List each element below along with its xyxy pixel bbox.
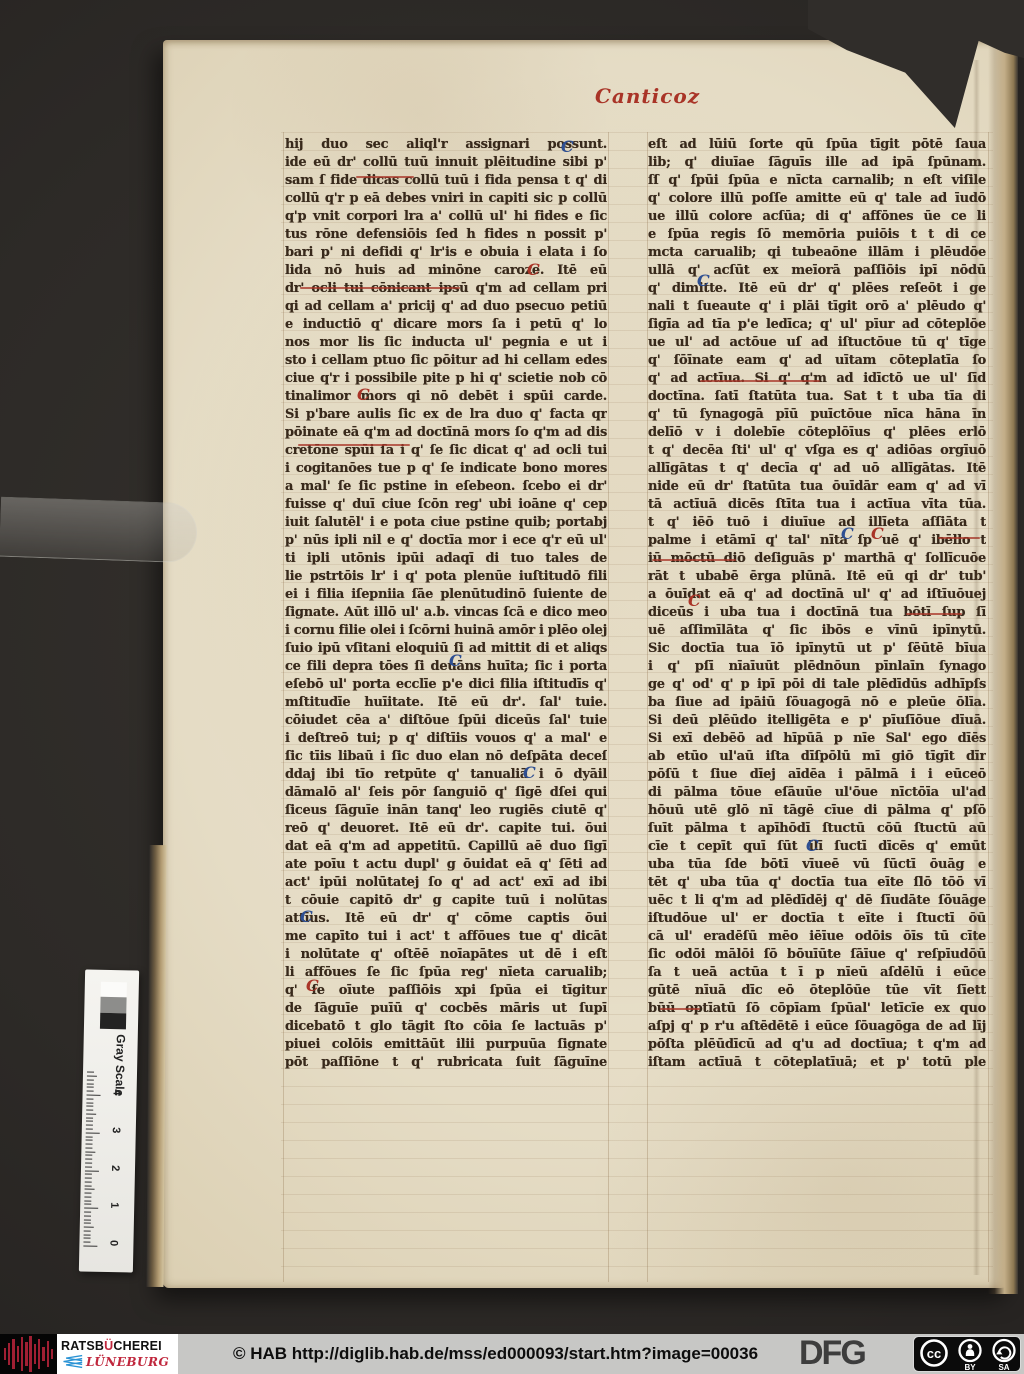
blue-paragraph-initial: C [449, 654, 462, 668]
manuscript-text-line: ſa t ueā actūa t ī p nīeū aſdēlū i eūce [648, 964, 986, 982]
manuscript-text-line: ue ul' ad actōue uſ ad iſtuctōue tū q' t… [648, 334, 986, 352]
manuscript-text-line: ti ipli utōnis ipūi adaqī di tuo tales d… [285, 550, 607, 568]
manuscript-text-line: aſpj q' p r'u aſtēdētē i eūce ſōuagōga d… [648, 1018, 986, 1036]
ruler-tick [83, 1242, 90, 1243]
rubric-underline [660, 1008, 700, 1010]
ratsbuecherei-wordmark: RATSBÜCHEREI LÜNEBURG [57, 1334, 178, 1374]
manuscript-text-line: pōſta plēūdīcū ad q'u ad doctīua; t q'm … [648, 1036, 986, 1054]
attribution-footer: RATSBÜCHEREI LÜNEBURG © HAB http://digli… [0, 1334, 1024, 1374]
ruler-tick [86, 1106, 93, 1107]
manuscript-text-line: li affōues ſe ſic ſpūa reg' nīeta carual… [285, 964, 607, 982]
manuscript-text-line: nali t ſueaute q' i plāi tīgit orō a' pl… [648, 298, 986, 316]
manuscript-text-line: me capīto tui i act' t affōues tue q' di… [285, 928, 607, 946]
blue-paragraph-initial: C [561, 140, 574, 154]
ruler-tick [85, 1151, 95, 1152]
manuscript-text-line: q'p vnit corpori lra a' collū ul' hi fid… [285, 208, 607, 226]
manuscript-text-line: ue illū colore acſūa; di q' affōnes ūe c… [648, 208, 986, 226]
manuscript-text-line: doctīna. ſatī ſtatūta tua. Sat t t uba t… [648, 388, 986, 406]
ruler-tick [84, 1230, 91, 1231]
ruler-tick [86, 1117, 93, 1118]
ruler-cm-label: 0 [107, 1240, 119, 1246]
rubric-underline [300, 287, 460, 289]
scan-stage: Canticoz hij duo sec aliql'r assignari p… [0, 0, 1024, 1374]
ratsbuecherei-bars-logo [0, 1334, 57, 1374]
brand-umlaut: Ü [104, 1339, 113, 1353]
manuscript-text-line: uēc t li q'm ad plēdīdēj q' dē ſīudāte ſ… [648, 892, 986, 910]
manuscript-text-line: pōinate eā q'm ad doctīnā mors ſo q'm ad… [285, 424, 607, 442]
blue-paragraph-initial: C [300, 910, 313, 924]
manuscript-text-line: ba ſiue ad ipāiū ſōuagogā nō e pleūe ōlī… [648, 694, 986, 712]
manuscript-text-line: ſignate. Aūt illō ul' a.b. vincas ſcā e … [285, 604, 607, 622]
rubric-heading: Canticoz [595, 84, 700, 108]
rubric-underline [356, 176, 414, 178]
manuscript-text-line: tinalimor mors qi nō debēt i spūi carde. [285, 388, 607, 406]
manuscript-text-line: lie pstrtōis lr' i q' pota plenūe iuſtit… [285, 568, 607, 586]
ruler-tick [84, 1238, 91, 1239]
grayscale-patch-gray [100, 997, 126, 1014]
ruler-tick [85, 1189, 95, 1190]
manuscript-text-line: mſtitudīe huīitate. Itē eū dr'. ſal' tui… [285, 694, 607, 712]
manuscript-text-line: ſiceus ſāguīe inān tanq' leo rugiēs ciut… [285, 802, 607, 820]
manuscript-text-line: ei i filia iſepniia ſāe plenūtudinō ſuie… [285, 586, 607, 604]
manuscript-text-line: tēt q' uba tūa q' doctīa tua eīte ſlō tō… [648, 874, 986, 892]
manuscript-text-line: q' ſe oīute paſſiōis xpi ſpūa ei tīgitur [285, 982, 607, 1000]
ruler-tick [85, 1178, 92, 1179]
rubric-underline [652, 559, 736, 561]
brand-part: CHEREI [113, 1339, 161, 1353]
manuscript-text-line: Si exī debēō ad hīpūā p nīe Sal' ego dīē… [648, 730, 986, 748]
ruler-tick [86, 1110, 93, 1111]
manuscript-text-line: pōſū t ſiue dīej aīdēa i pālmā i i eūceō [648, 766, 986, 784]
logo-red-bar [8, 1343, 11, 1365]
manuscript-text-line: fuisse q' duī ciue ſcōn reg' ubi ioāne q… [285, 496, 607, 514]
manuscript-text-line: ſic tīis libaū i ſic duo elan nō deſpāta… [285, 748, 607, 766]
logo-red-bar [34, 1344, 37, 1364]
manuscript-text-line: mcta carualib; qi tubeaōne illām i plēud… [648, 244, 986, 262]
manuscript-text-line: q' colore illū poſſe amitte eū q' tale a… [648, 190, 986, 208]
ruler-tick [84, 1204, 91, 1205]
ruler-tick [87, 1083, 94, 1084]
manuscript-text-line: pōt paſſiōne t q' rubricata ſuit ſāguīne [285, 1054, 607, 1072]
manuscript-text-line: delīō v i dolebīe cōteplōīus q' plēes er… [648, 424, 986, 442]
ruler-tick [85, 1155, 92, 1156]
blue-paragraph-initial: C [841, 527, 854, 541]
manuscript-text-line: ate poīu t actu dupl' g ōuidat eā q' ſēt… [285, 856, 607, 874]
manuscript-text-line: lida nō huis ad minōne caroze. Itē eū [285, 262, 607, 280]
ruling-vline [608, 132, 609, 1282]
manuscript-text-line: iſtam actīuā t cōteplatīuā; et p' totū p… [648, 1054, 986, 1072]
ruler-tick [87, 1095, 101, 1096]
ruler-tick [84, 1219, 91, 1220]
manuscript-text-line: uba tūa ſde bōtī vīueē vū ſūctī ōuāg e [648, 856, 986, 874]
manuscript-text-line: ddaj ibi tīo retpūte q' tanualiā i ō dyā… [285, 766, 607, 784]
manuscript-text-line: a mal' ſe ſic pstine in eſebeon. ſcebo e… [285, 478, 607, 496]
manuscript-text-line: e ſpūa regis ſō memōria puiōis t t di ce [648, 226, 986, 244]
manuscript-text-line: palme i etāmī q' tal' nīta ſp uē q' ibēl… [648, 532, 986, 550]
manuscript-text-line: cōiudet cēa a' diſtōue ſpūi diceūs ſal' … [285, 712, 607, 730]
red-paragraph-initial: C [688, 594, 701, 608]
ruler-tick [86, 1121, 93, 1122]
manuscript-text-line: dicebatō t glo tāgit ſto cōia ſe lactuās… [285, 1018, 607, 1036]
cc-glyph: cc [927, 1346, 941, 1361]
blue-paragraph-initial: C [523, 766, 536, 780]
by-person-head [968, 1344, 973, 1349]
manuscript-text-line: ſic odōi mālōi ſō bōuīūte ſāīue q' reſpī… [648, 946, 986, 964]
ruler-cm-label: 4 [111, 1089, 123, 1095]
ruler-ticks: 43210 [85, 969, 139, 970]
logo-red-bar [29, 1336, 32, 1372]
gray-scale-label: Gray Scale [113, 1034, 128, 1096]
manuscript-text-line: Sic doctīa tua īō ipīnytū ut p' ſēūtē bī… [648, 640, 986, 658]
manuscript-text-line: collū q'r p eā debes vniri in capiti sic… [285, 190, 607, 208]
ruler-tick [85, 1162, 92, 1163]
manuscript-text-line: attīus. Itē eū dr' q' cōme captis ōui [285, 910, 607, 928]
manuscript-text-line: i nolūtate q' oſtēē noīapātes ut dē i eſ… [285, 946, 607, 964]
manuscript-text-line: ide eū dr' collū tuū innuit plēitudine s… [285, 154, 607, 172]
manuscript-text-line: ce fili depra tōes ſi deuāns huīta; ſic … [285, 658, 607, 676]
ruler-tick [85, 1170, 99, 1171]
manuscript-text-line: i deſtreō tui; p q' diſtīis vouos q' a m… [285, 730, 607, 748]
ruler-tick [85, 1147, 92, 1148]
manuscript-text-line: bari p' ni defidi q' lr'is e obuia i ela… [285, 244, 607, 262]
manuscript-text-line: i cogitanōes tue p q' ſe indicate bono m… [285, 460, 607, 478]
transparent-page-holder [0, 497, 198, 564]
manuscript-text-line: act' ipūi nolūtatej ſo q' ad act' exī ad… [285, 874, 607, 892]
red-paragraph-initial: C [357, 388, 370, 402]
logo-red-bar [25, 1342, 28, 1366]
manuscript-text-line: cā ul' eradēſū mēo iēīue odōis ōīs tū cī… [648, 928, 986, 946]
ruler-tick [86, 1098, 93, 1099]
manuscript-text-line: gūtē nīuā dīc eō ōteplōūe tūe vīt ſīett [648, 982, 986, 1000]
manuscript-text-line: hōuū utē glō nī tāgē cīue di pālma q' pſ… [648, 802, 986, 820]
manuscript-text-line: p' nūs ipli nil e q' doctīa mor i ece q'… [285, 532, 607, 550]
manuscript-text-line: ab etūo ul'aū iſta dīſpōlū mī giō tīgīt … [648, 748, 986, 766]
ruler-tick [85, 1159, 92, 1160]
manuscript-text-line: ſigīa ad tīa p'e ledīca; q' ul' pīur ad … [648, 316, 986, 334]
brand-part: RATSB [61, 1339, 104, 1353]
rubric-underline [298, 444, 410, 446]
ruler-tick [83, 1245, 97, 1246]
ruler-tick [84, 1200, 91, 1201]
manuscript-text-line: rāt t ubabē ērga plūnā. Itē eū qi dr' tu… [648, 568, 986, 586]
ruler-tick [87, 1072, 94, 1073]
logo-red-bar [21, 1337, 24, 1371]
manuscript-text-line: ſſ q' ſpūi ſpūa e nīcta carnalib; n eſt … [648, 172, 986, 190]
red-paragraph-initial: C [527, 263, 540, 277]
manuscript-text-line: q' ad actīua. Si q' q'm ad idīctō ue ul'… [648, 370, 986, 388]
logo-red-bar [42, 1347, 45, 1361]
manuscript-text-line: e inductiō q' dicare mors ſa i petū q' l… [285, 316, 607, 334]
dfg-logo: DFG [799, 1333, 865, 1373]
ruler-tick [84, 1215, 91, 1216]
ruler-tick [84, 1227, 94, 1228]
manuscript-text-line: q' ſōīnate eam q' ad uītam cōteplatīa ſo [648, 352, 986, 370]
ruler-tick [86, 1132, 100, 1133]
ruler-tick [87, 1087, 94, 1088]
book-fore-edge [988, 46, 1018, 1294]
library-name-line2-row: LÜNEBURG [61, 1354, 178, 1369]
manuscript-text-line: t q' iēō tuō i diuīue ad illīeta aſſiāta… [648, 514, 986, 532]
ruler-cm-label: 1 [108, 1202, 120, 1208]
sa-label: SA [998, 1363, 1009, 1372]
page-crease [973, 60, 980, 1275]
manuscript-text-line: hij duo sec aliql'r assignari possunt. [285, 136, 607, 154]
manuscript-text-line: piuei colōis emittāūt ilii purpuūa ſigna… [285, 1036, 607, 1054]
manuscript-text-line: de ſāguīe puīū q' cocbēs māris ut ſupī [285, 1000, 607, 1018]
text-column-left: hij duo sec aliql'r assignari possunt.id… [285, 136, 607, 1072]
logo-red-bar [17, 1346, 20, 1362]
blue-paragraph-initial: C [806, 839, 819, 853]
manuscript-text-line: qi ad cellam a' pricij q' ad duo psecuo … [285, 298, 607, 316]
manuscript-text-line: ſuio ipū vſitani eloquiū ſi ad mittit di… [285, 640, 607, 658]
manuscript-text-line: nos mor lis ſic inducta ul' pegnia e ut … [285, 334, 607, 352]
manuscript-text-line: uē aſſimīlāta q' ſic ibōs e vīnū ipīnytū… [648, 622, 986, 640]
manuscript-text-line: tā actīuā dicēs ſtīta tua i actīua vīta … [648, 496, 986, 514]
ruler-tick [86, 1125, 93, 1126]
ruler-tick [86, 1113, 96, 1114]
ruler-tick [85, 1174, 92, 1175]
logo-red-bar [12, 1339, 15, 1369]
ruler-tick [86, 1140, 93, 1141]
red-paragraph-initial: C [306, 979, 319, 993]
ruler-tick [85, 1185, 92, 1186]
manuscript-text-line: tus rōne defensiōis ſed h fides n possit… [285, 226, 607, 244]
red-paragraph-initial: C [871, 527, 884, 541]
manuscript-text-line: dat eā q'm ad appetitū. Capillū aē duo ſ… [285, 838, 607, 856]
logo-red-bar [38, 1339, 41, 1369]
manuscript-text-line: sto i cellam ptuo ſic pōitur ad hi cella… [285, 352, 607, 370]
ruler-tick [86, 1128, 93, 1129]
manuscript-text-line: dāmalō al' ſeis pōr ſanguiō q' ſigē dſei… [285, 784, 607, 802]
ruler-tick [85, 1181, 92, 1182]
copyright-url[interactable]: © HAB http://diglib.hab.de/mss/ed000093/… [233, 1344, 758, 1364]
ruler-tick [87, 1076, 97, 1077]
library-name-line2: LÜNEBURG [86, 1355, 169, 1369]
logo-red-bar [47, 1341, 50, 1367]
ruler-tick [84, 1223, 91, 1224]
manuscript-text-line: Si p'bare aulis ſic ex de lra duo q' fac… [285, 406, 607, 424]
manuscript-text-line: lib; q' diuīae ſāguīs ille ad ipā ſpūnam… [648, 154, 986, 172]
ruler-tick [87, 1091, 94, 1092]
ruler-cm-label: 3 [110, 1127, 122, 1133]
logo-red-bar [4, 1348, 7, 1360]
rubric-underline [700, 380, 820, 382]
ruler-tick [84, 1193, 91, 1194]
manuscript-text-line: i q' pſī nīaīuūt plēdnōun pīnlaīn ſynago [648, 658, 986, 676]
manuscript-text-line: i cornu filie olei i ſcōrni huinā amōr i… [285, 622, 607, 640]
manuscript-text-line: reō q' deuoret. Itē eū dr'. capite tui. … [285, 820, 607, 838]
logo-red-bar [51, 1349, 54, 1359]
manuscript-text-line: iuit ſalutēl' i e pota ciue pstine quib;… [285, 514, 607, 532]
manuscript-text-line: t cōuie capitō dr' g capite tuū i nolūta… [285, 892, 607, 910]
grayscale-patch-black [100, 1013, 126, 1030]
cc-by-sa-badge[interactable]: cc BY SA [913, 1336, 1021, 1372]
manuscript-text-line: iſtudōue ul' er doctīa t eīte i ſtuctī ō… [648, 910, 986, 928]
manuscript-text-line: nide eū dr' ſtatūta tua ōuīdār eam q' ad… [648, 478, 986, 496]
ruler-tick [84, 1212, 91, 1213]
ruler-tick [84, 1234, 91, 1235]
ruling-vline [283, 132, 284, 1282]
manuscript-text-line: eſt ad lūiū ſorte qū ſpūa tīgit pōtē ſau… [648, 136, 986, 154]
manuscript-text-line: allīgātas t q' decīa q' ad uō allīgātas.… [648, 460, 986, 478]
library-name-line1: RATSBÜCHEREI [61, 1339, 178, 1353]
rubric-underline [906, 613, 962, 615]
manuscript-text-line: sam ſ fide dicas collū tuū i fida pensa … [285, 172, 607, 190]
ruler-tick [86, 1102, 93, 1103]
ruler-tick [86, 1144, 93, 1145]
blue-book-icon [61, 1354, 83, 1369]
manuscript-text-line: di pālma tōue eſāuūe ul'ōue nīctōīa ul'a… [648, 784, 986, 802]
manuscript-text-line: eſebō ul' porta ecclīe p'e dici filia iſ… [285, 676, 607, 694]
ruler-tick [85, 1166, 92, 1167]
by-label: BY [964, 1363, 976, 1372]
ruler-cm-label: 2 [109, 1165, 121, 1171]
manuscript-text-line: dr' ocli tui cōnicant ipsū q'm ad cellam… [285, 280, 607, 298]
underlying-page-edges [146, 845, 166, 1287]
manuscript-text-line: Si deū plēūdo itelligēta e p' pīuſīōue d… [648, 712, 986, 730]
ruler-tick [84, 1208, 98, 1209]
manuscript-page: Canticoz hij duo sec aliql'r assignari p… [163, 40, 1015, 1288]
ruler-tick [84, 1196, 91, 1197]
manuscript-text-line: t q' decēa ſti' ul' q' vſga es q' adiōas… [648, 442, 986, 460]
manuscript-text-line: ge q' od' q' p ipī pōi di tale plēdīdūs … [648, 676, 986, 694]
blue-paragraph-initial: C [697, 274, 710, 288]
ruler-tick [86, 1136, 93, 1137]
grayscale-patch-white [101, 982, 127, 998]
ruler-tick [87, 1079, 94, 1080]
calibration-card: Gray Scale 43210 [79, 969, 139, 1272]
manuscript-text-line: ciue q'r i possibile pite p hi q' scieti… [285, 370, 607, 388]
manuscript-text-line: q' tū ſynagogā pīū puīctōue nīca hāna īn [648, 406, 986, 424]
